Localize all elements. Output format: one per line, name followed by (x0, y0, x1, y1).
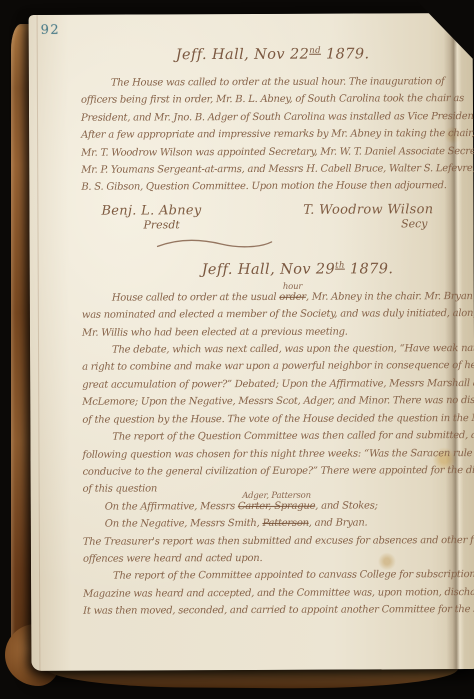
manuscript-line: B. S. Gibson, Question Committee. Upon m… (81, 178, 459, 197)
margin-rule (37, 15, 41, 671)
signatures-row: Benj. L. Abney Presdt T. Woodrow Wilson … (81, 195, 459, 232)
manuscript-line: great accumulation of power?” Debated; U… (82, 375, 460, 394)
manuscript-line: following question was chosen for this n… (82, 445, 460, 464)
heading-year: 1879. (321, 46, 370, 62)
heading-year: 1879. (345, 261, 394, 277)
manuscript-text: , and Stokes; (315, 500, 378, 511)
pen-flourish (154, 234, 460, 249)
entry-heading-date: Jeff. Hall, Nov 22nd 1879. (176, 45, 459, 70)
manuscript-line: offences were heard and acted upon. (83, 549, 461, 568)
manuscript-text: following question was chosen for this n… (82, 447, 474, 460)
manuscript-text: Mr. T. Woodrow Wilson was appointed Secr… (81, 146, 474, 159)
manuscript-text: conducive to the general civilization of… (83, 465, 474, 478)
signature-title: Presdt (143, 218, 201, 231)
manuscript-text: , Mr. Abney in the chair. Mr. Bryan (306, 291, 473, 303)
manuscript-line: conducive to the general civilization of… (83, 462, 461, 481)
manuscript-text: House called to order at the usual (112, 292, 280, 304)
minutes-entry-nov-29: Jeff. Hall, Nov 29th 1879. House called … (82, 260, 462, 620)
photo-background: 92 Jeff. Hall, Nov 22nd 1879. The House … (0, 0, 474, 699)
manuscript-text: was nominated and elected a member of th… (82, 308, 474, 321)
manuscript-page: 92 Jeff. Hall, Nov 22nd 1879. The House … (29, 13, 474, 671)
manuscript-text: President, and Mr. Jno. B. Adger of Sout… (81, 111, 474, 124)
manuscript-line: The debate, which was next called, was u… (82, 340, 460, 359)
manuscript-text: On the Affirmative, Messrs (105, 501, 238, 513)
minutes-entry-nov-22: Jeff. Hall, Nov 22nd 1879. The House was… (81, 45, 460, 249)
manuscript-text: The debate, which was next called, was u… (112, 343, 474, 356)
manuscript-text: Mr. P. Youmans Sergeant-at-arms, and Mes… (81, 163, 474, 176)
manuscript-text: After a few appropriate and impressive r… (81, 128, 474, 141)
manuscript-text: Mr. Willis who had been elected at a pre… (82, 326, 348, 338)
heading-place: Jeff. Hall, Nov 22 (176, 47, 310, 64)
entry-heading-date: Jeff. Hall, Nov 29th 1879. (202, 260, 460, 285)
manuscript-line: It was then moved, seconded, and carried… (83, 601, 461, 620)
correction-group: Adger, PattersonCarter, Sprague (238, 497, 315, 515)
manuscript-text: great accumulation of power?” Debated; U… (82, 378, 474, 391)
manuscript-text-block: Jeff. Hall, Nov 22nd 1879. The House was… (81, 45, 461, 620)
manuscript-line: On the Negative, Messrs Smith, Patterson… (83, 514, 461, 533)
manuscript-text: The Treasurer's report was then submitte… (83, 534, 474, 547)
manuscript-line: Magazine was heard and accepted, and the… (83, 584, 461, 603)
manuscript-line: The Treasurer's report was then submitte… (83, 532, 461, 551)
manuscript-text: offences were heard and acted upon. (83, 553, 262, 565)
inserted-text: hour (283, 279, 302, 296)
signature-name: Benj. L. Abney (101, 203, 201, 218)
entry-body: The House was called to order at the usu… (81, 73, 460, 196)
ordinal-suffix: nd (309, 46, 321, 56)
manuscript-line: After a few appropriate and impressive r… (81, 125, 459, 144)
manuscript-text: It was then moved, seconded, and carried… (83, 604, 474, 617)
manuscript-line: House called to order at the usual houro… (82, 288, 460, 307)
entry-body: House called to order at the usual houro… (82, 288, 461, 620)
signature-name: T. Woodrow Wilson (303, 202, 433, 218)
manuscript-text: On the Negative, Messrs Smith, (105, 518, 263, 530)
manuscript-line: Mr. Willis who had been elected at a pre… (82, 323, 460, 342)
president-signature: Benj. L. Abney Presdt (101, 203, 201, 231)
manuscript-line: The House was called to order at the usu… (81, 73, 459, 92)
manuscript-line: of the question by the House. The vote o… (82, 410, 460, 429)
manuscript-line: The report of the Question Committee was… (82, 427, 460, 446)
manuscript-line: Mr. T. Woodrow Wilson was appointed Secr… (81, 143, 459, 162)
manuscript-line: McLemore; Upon the Negative, Messrs Scot… (82, 392, 460, 411)
manuscript-text: McLemore; Upon the Negative, Messrs Scot… (82, 395, 474, 408)
manuscript-text: of the question by the House. The vote o… (82, 413, 474, 426)
manuscript-line: The report of the Committee appointed to… (83, 566, 461, 585)
manuscript-text: of this question (83, 484, 157, 495)
heading-place: Jeff. Hall, Nov 29 (202, 261, 336, 278)
manuscript-text: a right to combine and make war upon a p… (82, 360, 474, 373)
manuscript-line: was nominated and elected a member of th… (82, 305, 460, 324)
manuscript-text: The House was called to order at the usu… (111, 76, 445, 88)
manuscript-line: President, and Mr. Jno. B. Adger of Sout… (81, 108, 459, 127)
manuscript-line: Mr. P. Youmans Sergeant-at-arms, and Mes… (81, 160, 459, 179)
manuscript-line: On the Affirmative, Messrs Adger, Patter… (83, 497, 461, 516)
inserted-text: Adger, Patterson (242, 488, 311, 506)
secretary-signature: T. Woodrow Wilson Secy (303, 202, 433, 231)
correction-group: hourorder (279, 289, 306, 307)
struck-text: Patterson (262, 518, 308, 529)
manuscript-text: , and Bryan. (309, 518, 368, 529)
manuscript-text: officers being first in order, Mr. B. L.… (81, 93, 464, 106)
manuscript-text: Magazine was heard and accepted, and the… (83, 587, 474, 600)
ordinal-suffix: th (335, 260, 345, 270)
manuscript-line: officers being first in order, Mr. B. L.… (81, 91, 459, 110)
manuscript-text: The report of the Question Committee was… (112, 430, 474, 443)
manuscript-line: a right to combine and make war upon a p… (82, 358, 460, 377)
signature-title: Secy (303, 217, 427, 231)
manuscript-text: The report of the Committee appointed to… (113, 569, 474, 582)
manuscript-text: B. S. Gibson, Question Committee. Upon m… (81, 181, 446, 194)
page-number: 92 (41, 23, 61, 38)
